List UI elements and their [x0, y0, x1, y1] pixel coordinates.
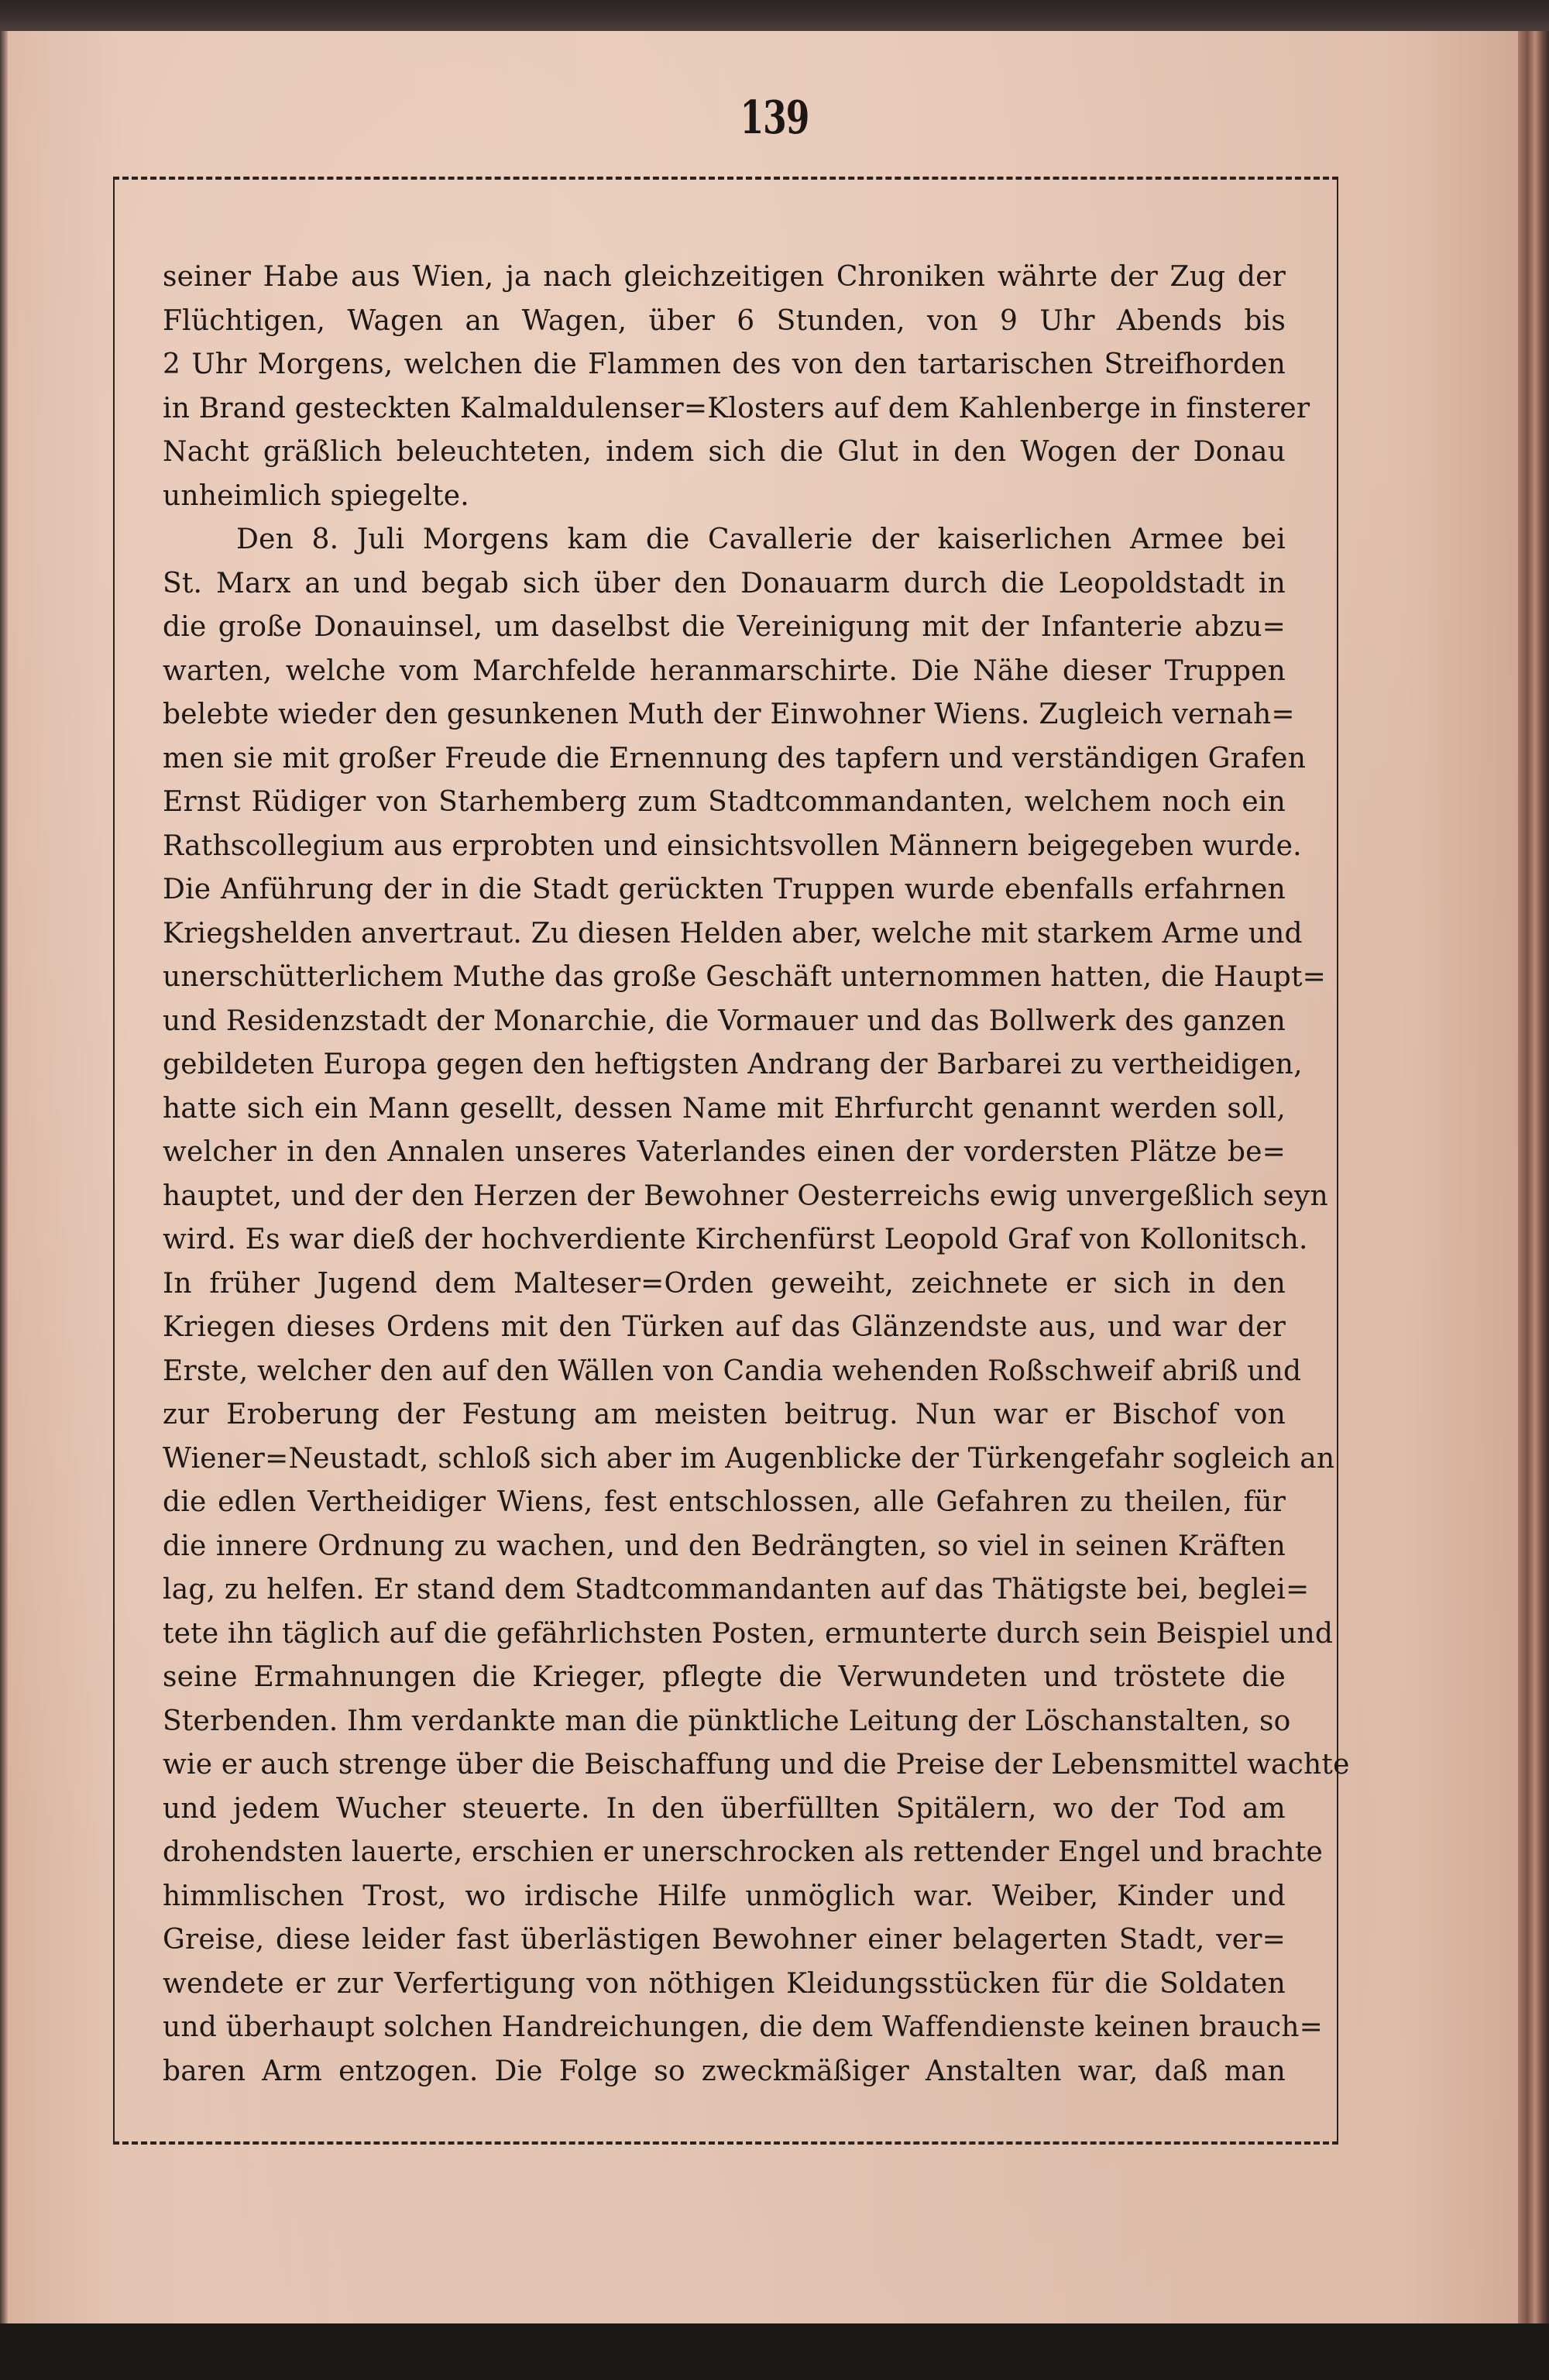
book-bottom-shadow [0, 2323, 1549, 2380]
text-line: die innere Ordnung zu wachen, und den Be… [163, 1525, 1286, 1569]
text-line: Flüchtigen, Wagen an Wagen, über 6 Stund… [163, 300, 1286, 344]
text-line: Ernst Rüdiger von Starhemberg zum Stadtc… [163, 781, 1286, 825]
text-line: Rathscollegium aus erprobten und einsich… [163, 825, 1286, 869]
text-line: drohendsten lauerte, erschien er unersch… [163, 1831, 1286, 1875]
text-line: Kriegen dieses Ordens mit den Türken auf… [163, 1306, 1286, 1350]
text-line: und jedem Wucher steuerte. In den überfü… [163, 1788, 1286, 1832]
text-line: hauptet, und der den Herzen der Bewohner… [163, 1175, 1286, 1219]
text-line: Kriegshelden anvertraut. Zu diesen Helde… [163, 912, 1286, 956]
text-line: gebildeten Europa gegen den heftigsten A… [163, 1043, 1286, 1087]
text-line: Greise, diese leider fast überlästigen B… [163, 1918, 1286, 1963]
text-line: Sterbenden. Ihm verdankte man die pünktl… [163, 1700, 1286, 1744]
text-line: himmlischen Trost, wo irdische Hilfe unm… [163, 1875, 1286, 1919]
text-line: tete ihn täglich auf die gefährlichsten … [163, 1612, 1286, 1657]
text-line: zur Eroberung der Festung am meisten bei… [163, 1393, 1286, 1437]
page-gutter [0, 31, 8, 2323]
text-line: wie er auch strenge über die Beischaffun… [163, 1743, 1286, 1788]
text-line: belebte wieder den gesunkenen Muth der E… [163, 693, 1286, 737]
text-line: Wiener=Neustadt, schloß sich aber im Aug… [163, 1437, 1286, 1482]
text-line: unerschütterlichem Muthe das große Gesch… [163, 956, 1286, 1000]
text-line: hatte sich ein Mann gesellt, dessen Name… [163, 1087, 1286, 1132]
page-number: 139 [0, 91, 1549, 145]
body-text: seiner Habe aus Wien, ja nach gleichzeit… [163, 256, 1286, 2093]
text-line: Erste, welcher den auf den Wällen von Ca… [163, 1350, 1286, 1394]
text-line-paragraph-start: Den 8. Juli Morgens kam die Cavallerie d… [163, 518, 1286, 562]
text-line: lag, zu helfen. Er stand dem Stadtcomman… [163, 1568, 1286, 1612]
text-line: wendete er zur Verfertigung von nöthigen… [163, 1963, 1286, 2007]
frame-bottom-rule [113, 2141, 1338, 2145]
text-line-paragraph-end: unheimlich spiegelte. [163, 475, 1286, 519]
text-line: die edlen Vertheidiger Wiens, fest entsc… [163, 1481, 1286, 1525]
text-line: St. Marx an und begab sich über den Dona… [163, 562, 1286, 606]
text-line: baren Arm entzogen. Die Folge so zweckmä… [163, 2050, 1286, 2094]
text-line: Nacht gräßlich beleuchteten, indem sich … [163, 431, 1286, 475]
text-line: warten, welche vom Marchfelde heranmarsc… [163, 650, 1286, 694]
text-line: die große Donauinsel, um daselbst die Ve… [163, 606, 1286, 650]
text-line: und überhaupt solchen Handreichungen, di… [163, 2006, 1286, 2050]
text-line: men sie mit großer Freude die Ernennung … [163, 737, 1286, 781]
text-line: wird. Es war dieß der hochverdiente Kirc… [163, 1218, 1286, 1262]
text-line: in Brand gesteckten Kalmaldulenser=Klost… [163, 387, 1286, 431]
text-line: und Residenzstadt der Monarchie, die Vor… [163, 1000, 1286, 1044]
text-line: welcher in den Annalen unseres Vaterland… [163, 1131, 1286, 1175]
text-line: seine Ermahnungen die Krieger, pflegte d… [163, 1656, 1286, 1700]
text-line: In früher Jugend dem Malteser=Orden gewe… [163, 1262, 1286, 1307]
text-line: seiner Habe aus Wien, ja nach gleichzeit… [163, 256, 1286, 300]
text-line: Die Anführung der in die Stadt gerückten… [163, 868, 1286, 912]
text-line: 2 Uhr Morgens, welchen die Flammen des v… [163, 343, 1286, 387]
book-page-edges [1518, 31, 1549, 2347]
